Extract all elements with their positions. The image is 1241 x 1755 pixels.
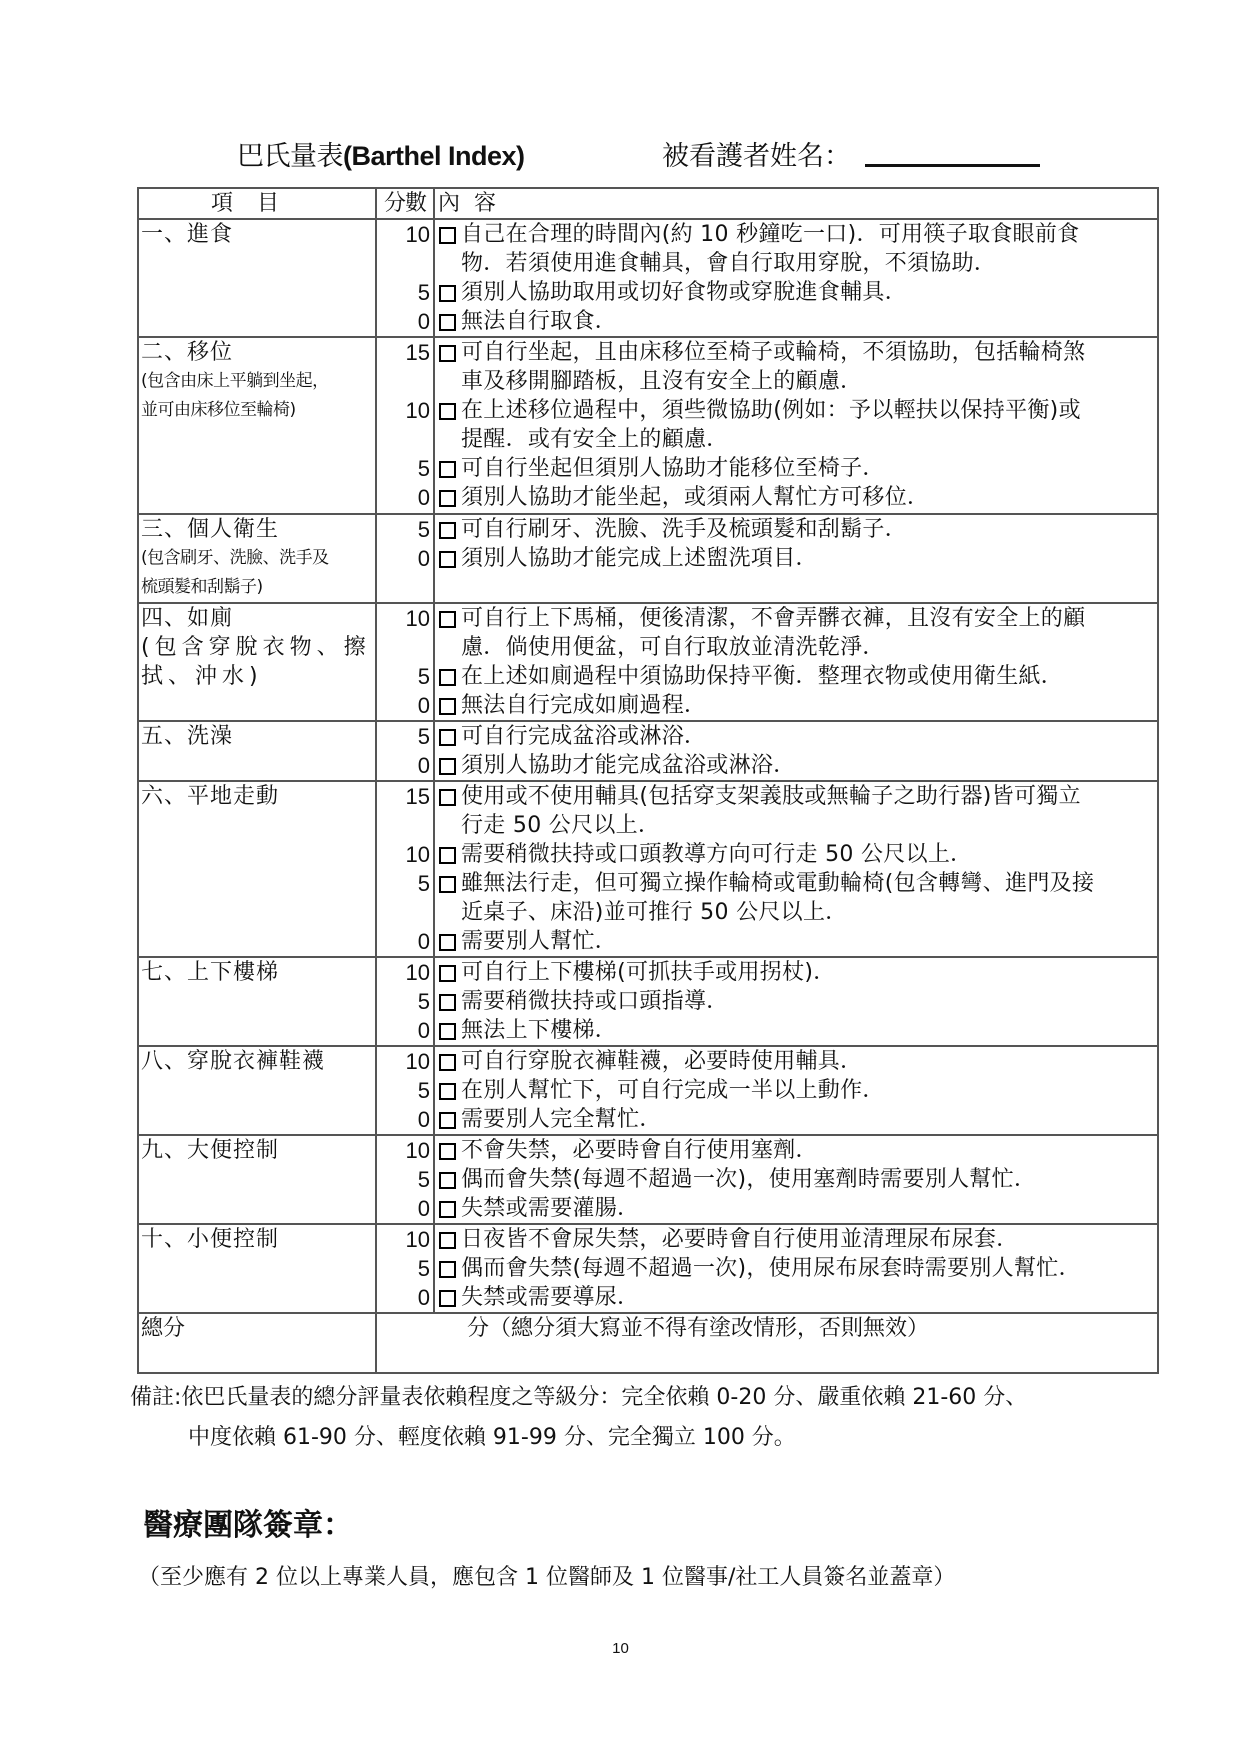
- item-note: (包含刷牙、洗臉、洗手及: [141, 544, 375, 573]
- option-text: 可自行上下馬桶，便後清潔，不會弄髒衣褲，且沒有安全上的顧慮．倘使用便盆，可自行取…: [461, 604, 1157, 662]
- content-cell: 自己在合理的時間內(約 10 秒鐘吃一口)．可用筷子取食眼前食物．若須使用進食輔…: [434, 219, 1158, 337]
- option-text: 失禁或需要灌腸．: [461, 1194, 1157, 1223]
- option-text-line: 物．若須使用進食輔具，會自行取用穿脫，不須協助．: [461, 249, 1155, 278]
- checkbox-icon[interactable]: [439, 1112, 456, 1129]
- score-value: 5: [377, 722, 433, 751]
- item-cell: 五、洗澡: [138, 721, 376, 781]
- item-title: 二、移位: [141, 338, 375, 367]
- option-text-line: 須別人協助才能完成上述盥洗項目．: [461, 544, 1155, 573]
- option-item: 不會失禁，必要時會自行使用塞劑．: [435, 1136, 1157, 1165]
- score-value: 5: [377, 1076, 433, 1105]
- option-item: 須別人協助才能完成盆浴或淋浴．: [435, 751, 1157, 780]
- checkbox-icon[interactable]: [439, 611, 456, 628]
- option-text: 偶而會失禁(每週不超過一次)，使用塞劑時需要別人幫忙．: [461, 1165, 1157, 1194]
- option-text-line: 須別人協助取用或切好食物或穿脫進食輔具．: [461, 278, 1155, 307]
- option-item: 可自行坐起但須別人協助才能移位至椅子．: [435, 454, 1157, 483]
- option-text: 可自行刷牙、洗臉、洗手及梳頭髮和刮鬍子．: [461, 515, 1157, 544]
- item-note: 拭、沖水): [141, 662, 375, 691]
- option-item: 須別人協助才能完成上述盥洗項目．: [435, 544, 1157, 573]
- checkbox-icon[interactable]: [439, 551, 456, 568]
- score-spacer: [377, 249, 433, 278]
- option-text-line: 日夜皆不會尿失禁，必要時會自行使用並清理尿布尿套．: [461, 1225, 1155, 1254]
- checkbox-icon[interactable]: [439, 490, 456, 507]
- item-cell: 七、上下樓梯: [138, 957, 376, 1046]
- score-value: 5: [377, 987, 433, 1016]
- option-text-line: 無法自行完成如廁過程．: [461, 691, 1155, 720]
- option-text-line: 行走 50 公尺以上．: [461, 811, 1155, 840]
- item-note: (包含由床上平躺到坐起，: [141, 367, 375, 396]
- score-value: 15: [377, 338, 433, 367]
- option-text-line: 可自行上下馬桶，便後清潔，不會弄髒衣褲，且沒有安全上的顧: [461, 604, 1155, 633]
- option-text: 須別人協助取用或切好食物或穿脫進食輔具．: [461, 278, 1157, 307]
- option-text-line: 慮．倘使用便盆，可自行取放並清洗乾淨．: [461, 633, 1155, 662]
- option-text-line: 需要稍微扶持或口頭教導方向可行走 50 公尺以上．: [461, 840, 1155, 869]
- option-item: 須別人協助才能坐起，或須兩人幫忙方可移位．: [435, 483, 1157, 512]
- score-cell: 10 50: [376, 603, 434, 721]
- checkbox-icon[interactable]: [439, 876, 456, 893]
- option-item: 可自行上下馬桶，便後清潔，不會弄髒衣褲，且沒有安全上的顧慮．倘使用便盆，可自行取…: [435, 604, 1157, 662]
- option-text-line: 車及移開腳踏板，且沒有安全上的顧慮．: [461, 367, 1155, 396]
- column-header-content: 內容: [434, 188, 1158, 219]
- table-row: 一、進食10 50自己在合理的時間內(約 10 秒鐘吃一口)．可用筷子取食眼前食…: [138, 219, 1158, 337]
- score-spacer: [377, 425, 433, 454]
- option-item: 可自行穿脫衣褲鞋襪，必要時使用輔具．: [435, 1047, 1157, 1076]
- score-cell: 50: [376, 514, 434, 603]
- item-note: (包含穿脫衣物、擦: [141, 633, 375, 662]
- option-text-line: 無法自行取食．: [461, 307, 1155, 336]
- option-text: 不會失禁，必要時會自行使用塞劑．: [461, 1136, 1157, 1165]
- signature-note: （至少應有 2 位以上專業人員，應包含 1 位醫師及 1 位醫事/社工人員簽名並…: [138, 1560, 955, 1591]
- option-text-line: 需要別人完全幫忙．: [461, 1105, 1155, 1134]
- item-title: 四、如廁: [141, 604, 375, 633]
- table-row: 十、小便控制1050日夜皆不會尿失禁，必要時會自行使用並清理尿布尿套．偶而會失禁…: [138, 1224, 1158, 1313]
- checkbox-icon[interactable]: [439, 1083, 456, 1100]
- score-value: 0: [377, 1016, 433, 1045]
- score-value: 5: [377, 278, 433, 307]
- score-value: 10: [377, 1047, 433, 1076]
- content-cell: 可自行刷牙、洗臉、洗手及梳頭髮和刮鬍子．須別人協助才能完成上述盥洗項目．: [434, 514, 1158, 603]
- checkbox-icon[interactable]: [439, 522, 456, 539]
- score-value: 10: [377, 604, 433, 633]
- option-item: 需要稍微扶持或口頭教導方向可行走 50 公尺以上．: [435, 840, 1157, 869]
- score-cell: 1050: [376, 957, 434, 1046]
- option-text-line: 在上述移位過程中，須些微協助(例如：予以輕扶以保持平衡)或: [461, 396, 1155, 425]
- total-row: 總分分（總分須大寫並不得有塗改情形，否則無效）: [138, 1313, 1158, 1373]
- item-note: 並可由床移位至輪椅): [141, 396, 375, 425]
- table-row: 五、洗澡50可自行完成盆浴或淋浴．須別人協助才能完成盆浴或淋浴．: [138, 721, 1158, 781]
- option-text: 需要別人幫忙．: [461, 927, 1157, 956]
- item-note: 梳頭髮和刮鬍子): [141, 573, 375, 602]
- score-spacer: [377, 367, 433, 396]
- checkbox-icon[interactable]: [439, 1023, 456, 1040]
- option-text: 須別人協助才能坐起，或須兩人幫忙方可移位．: [461, 483, 1157, 512]
- option-text: 可自行上下樓梯(可抓扶手或用拐杖)．: [461, 958, 1157, 987]
- table-row: 七、上下樓梯1050可自行上下樓梯(可抓扶手或用拐杖)．需要稍微扶持或口頭指導．…: [138, 957, 1158, 1046]
- item-cell: 六、平地走動: [138, 781, 376, 957]
- option-text: 可自行完成盆浴或淋浴．: [461, 722, 1157, 751]
- option-item: 在別人幫忙下，可自行完成一半以上動作．: [435, 1076, 1157, 1105]
- item-cell: 十、小便控制: [138, 1224, 376, 1313]
- option-item: 在上述移位過程中，須些微協助(例如：予以輕扶以保持平衡)或提醒．或有安全上的顧慮…: [435, 396, 1157, 454]
- checkbox-icon[interactable]: [439, 1290, 456, 1307]
- item-cell: 八、穿脫衣褲鞋襪: [138, 1046, 376, 1135]
- item-cell: 三、個人衛生(包含刷牙、洗臉、洗手及梳頭髮和刮鬍子): [138, 514, 376, 603]
- option-text-line: 近桌子、床沿)並可推行 50 公尺以上．: [461, 898, 1155, 927]
- checkbox-icon[interactable]: [439, 994, 456, 1011]
- score-value: 5: [377, 454, 433, 483]
- checkbox-icon[interactable]: [439, 1172, 456, 1189]
- option-text-line: 可自行坐起，且由床移位至椅子或輪椅，不須協助，包括輪椅煞: [461, 338, 1155, 367]
- option-text: 雖無法行走，但可獨立操作輪椅或電動輪椅(包含轉彎、進門及接近桌子、床沿)並可推行…: [461, 869, 1157, 927]
- table-row: 六、平地走動15 105 0使用或不使用輔具(包括穿支架義肢或無輪子之助行器)皆…: [138, 781, 1158, 957]
- option-text-line: 可自行上下樓梯(可抓扶手或用拐杖)．: [461, 958, 1155, 987]
- option-text: 需要稍微扶持或口頭教導方向可行走 50 公尺以上．: [461, 840, 1157, 869]
- item-title: 五、洗澡: [141, 722, 375, 751]
- barthel-index-table: 項目 分數 內容 一、進食10 50自己在合理的時間內(約 10 秒鐘吃一口)．…: [137, 187, 1159, 1374]
- option-item: 偶而會失禁(每週不超過一次)，使用尿布尿套時需要別人幫忙．: [435, 1254, 1157, 1283]
- option-text-line: 失禁或需要導尿．: [461, 1283, 1155, 1312]
- item-cell: 一、進食: [138, 219, 376, 337]
- score-cell: 15 10 50: [376, 337, 434, 514]
- table-row: 二、移位(包含由床上平躺到坐起，並可由床移位至輪椅)15 10 50可自行坐起，…: [138, 337, 1158, 514]
- option-text: 在上述如廁過程中須協助保持平衡．整理衣物或使用衛生紙．: [461, 662, 1157, 691]
- checkbox-icon[interactable]: [439, 461, 456, 478]
- form-title: 巴氏量表(Barthel Index): [237, 134, 525, 173]
- option-text-line: 須別人協助才能坐起，或須兩人幫忙方可移位．: [461, 483, 1155, 512]
- patient-name-label: 被看護者姓名：: [662, 134, 851, 173]
- checkbox-icon[interactable]: [439, 847, 456, 864]
- score-value: 0: [377, 307, 433, 336]
- option-item: 可自行坐起，且由床移位至椅子或輪椅，不須協助，包括輪椅煞車及移開腳踏板，且沒有安…: [435, 338, 1157, 396]
- option-text: 日夜皆不會尿失禁，必要時會自行使用並清理尿布尿套．: [461, 1225, 1157, 1254]
- table-row: 三、個人衛生(包含刷牙、洗臉、洗手及梳頭髮和刮鬍子)50可自行刷牙、洗臉、洗手及…: [138, 514, 1158, 603]
- option-text-line: 在別人幫忙下，可自行完成一半以上動作．: [461, 1076, 1155, 1105]
- score-value: 15: [377, 782, 433, 811]
- option-item: 可自行完成盆浴或淋浴．: [435, 722, 1157, 751]
- item-title: 一、進食: [141, 220, 375, 249]
- option-item: 日夜皆不會尿失禁，必要時會自行使用並清理尿布尿套．: [435, 1225, 1157, 1254]
- score-value: 0: [377, 691, 433, 720]
- checkbox-icon[interactable]: [439, 789, 456, 806]
- item-cell: 九、大便控制: [138, 1135, 376, 1224]
- checkbox-icon[interactable]: [439, 345, 456, 362]
- checkbox-icon[interactable]: [439, 1143, 456, 1160]
- score-value: 5: [377, 662, 433, 691]
- option-text-line: 無法上下樓梯．: [461, 1016, 1155, 1045]
- option-text: 可自行穿脫衣褲鞋襪，必要時使用輔具．: [461, 1047, 1157, 1076]
- option-text-line: 可自行穿脫衣褲鞋襪，必要時使用輔具．: [461, 1047, 1155, 1076]
- option-text: 需要稍微扶持或口頭指導．: [461, 987, 1157, 1016]
- score-value: 5: [377, 515, 433, 544]
- checkbox-icon[interactable]: [439, 314, 456, 331]
- score-cell: 10 50: [376, 219, 434, 337]
- option-item: 需要別人幫忙．: [435, 927, 1157, 956]
- content-cell: 使用或不使用輔具(包括穿支架義肢或無輪子之助行器)皆可獨立行走 50 公尺以上．…: [434, 781, 1158, 957]
- score-value: 0: [377, 1194, 433, 1223]
- content-cell: 可自行上下樓梯(可抓扶手或用拐杖)．需要稍微扶持或口頭指導．無法上下樓梯．: [434, 957, 1158, 1046]
- option-text: 可自行坐起，且由床移位至椅子或輪椅，不須協助，包括輪椅煞車及移開腳踏板，且沒有安…: [461, 338, 1157, 396]
- item-title: 七、上下樓梯: [141, 958, 375, 987]
- score-spacer: [377, 811, 433, 840]
- content-cell: 不會失禁，必要時會自行使用塞劑．偶而會失禁(每週不超過一次)，使用塞劑時需要別人…: [434, 1135, 1158, 1224]
- option-text: 偶而會失禁(每週不超過一次)，使用尿布尿套時需要別人幫忙．: [461, 1254, 1157, 1283]
- option-text-line: 提醒．或有安全上的顧慮．: [461, 425, 1155, 454]
- score-value: 0: [377, 751, 433, 780]
- option-item: 可自行上下樓梯(可抓扶手或用拐杖)．: [435, 958, 1157, 987]
- option-text: 無法自行完成如廁過程．: [461, 691, 1157, 720]
- signature-title: 醫療團隊簽章：: [143, 1500, 353, 1544]
- option-text-line: 偶而會失禁(每週不超過一次)，使用塞劑時需要別人幫忙．: [461, 1165, 1155, 1194]
- option-text-line: 失禁或需要灌腸．: [461, 1194, 1155, 1223]
- option-text-line: 在上述如廁過程中須協助保持平衡．整理衣物或使用衛生紙．: [461, 662, 1155, 691]
- checkbox-icon[interactable]: [439, 1201, 456, 1218]
- content-cell: 可自行穿脫衣褲鞋襪，必要時使用輔具．在別人幫忙下，可自行完成一半以上動作．需要別…: [434, 1046, 1158, 1135]
- item-title: 十、小便控制: [141, 1225, 375, 1254]
- score-cell: 15 105 0: [376, 781, 434, 957]
- score-value: 10: [377, 840, 433, 869]
- option-item: 需要稍微扶持或口頭指導．: [435, 987, 1157, 1016]
- option-item: 失禁或需要導尿．: [435, 1283, 1157, 1312]
- total-score-field[interactable]: 分（總分須大寫並不得有塗改情形，否則無效）: [376, 1313, 1158, 1373]
- option-text: 失禁或需要導尿．: [461, 1283, 1157, 1312]
- option-text: 無法上下樓梯．: [461, 1016, 1157, 1045]
- content-cell: 日夜皆不會尿失禁，必要時會自行使用並清理尿布尿套．偶而會失禁(每週不超過一次)，…: [434, 1224, 1158, 1313]
- option-item: 無法上下樓梯．: [435, 1016, 1157, 1045]
- option-item: 可自行刷牙、洗臉、洗手及梳頭髮和刮鬍子．: [435, 515, 1157, 544]
- item-title: 三、個人衛生: [141, 515, 375, 544]
- option-text-line: 可自行刷牙、洗臉、洗手及梳頭髮和刮鬍子．: [461, 515, 1155, 544]
- option-item: 無法自行完成如廁過程．: [435, 691, 1157, 720]
- checkbox-icon[interactable]: [439, 227, 456, 244]
- table-row: 八、穿脫衣褲鞋襪1050可自行穿脫衣褲鞋襪，必要時使用輔具．在別人幫忙下，可自行…: [138, 1046, 1158, 1135]
- option-text-line: 需要別人幫忙．: [461, 927, 1155, 956]
- score-spacer: [377, 633, 433, 662]
- option-text: 自己在合理的時間內(約 10 秒鐘吃一口)．可用筷子取食眼前食物．若須使用進食輔…: [461, 220, 1157, 278]
- score-value: 0: [377, 1283, 433, 1312]
- score-value: 10: [377, 958, 433, 987]
- option-text-line: 不會失禁，必要時會自行使用塞劑．: [461, 1136, 1155, 1165]
- patient-name-field[interactable]: [865, 164, 1040, 167]
- remarks-line-1: 備註:依巴氏量表的總分評量表依賴程度之等級分：完全依賴 0-20 分、嚴重依賴 …: [130, 1380, 1027, 1411]
- column-header-score: 分數: [376, 188, 434, 219]
- option-item: 需要別人完全幫忙．: [435, 1105, 1157, 1134]
- option-item: 偶而會失禁(每週不超過一次)，使用塞劑時需要別人幫忙．: [435, 1165, 1157, 1194]
- option-text: 可自行坐起但須別人協助才能移位至椅子．: [461, 454, 1157, 483]
- table-row: 九、大便控制1050不會失禁，必要時會自行使用塞劑．偶而會失禁(每週不超過一次)…: [138, 1135, 1158, 1224]
- checkbox-icon[interactable]: [439, 669, 456, 686]
- table-header: 項目 分數 內容: [138, 188, 1158, 219]
- score-cell: 1050: [376, 1046, 434, 1135]
- option-item: 自己在合理的時間內(約 10 秒鐘吃一口)．可用筷子取食眼前食物．若須使用進食輔…: [435, 220, 1157, 278]
- checkbox-icon[interactable]: [439, 698, 456, 715]
- item-title: 八、穿脫衣褲鞋襪: [141, 1047, 375, 1076]
- option-text: 使用或不使用輔具(包括穿支架義肢或無輪子之助行器)皆可獨立行走 50 公尺以上．: [461, 782, 1157, 840]
- item-cell: 二、移位(包含由床上平躺到坐起，並可由床移位至輪椅): [138, 337, 376, 514]
- item-title: 九、大便控制: [141, 1136, 375, 1165]
- option-text: 無法自行取食．: [461, 307, 1157, 336]
- title-zh: 巴氏量表: [237, 141, 343, 172]
- score-value: 5: [377, 869, 433, 898]
- score-value: 10: [377, 220, 433, 249]
- table-row: 四、如廁(包含穿脫衣物、擦拭、沖水)10 50可自行上下馬桶，便後清潔，不會弄髒…: [138, 603, 1158, 721]
- checkbox-icon[interactable]: [439, 1054, 456, 1071]
- content-cell: 可自行完成盆浴或淋浴．須別人協助才能完成盆浴或淋浴．: [434, 721, 1158, 781]
- option-text-line: 使用或不使用輔具(包括穿支架義肢或無輪子之助行器)皆可獨立: [461, 782, 1155, 811]
- option-text: 需要別人完全幫忙．: [461, 1105, 1157, 1134]
- option-text-line: 需要稍微扶持或口頭指導．: [461, 987, 1155, 1016]
- checkbox-icon[interactable]: [439, 1232, 456, 1249]
- checkbox-icon[interactable]: [439, 965, 456, 982]
- score-cell: 50: [376, 721, 434, 781]
- column-header-item: 項目: [138, 188, 376, 219]
- option-item: 雖無法行走，但可獨立操作輪椅或電動輪椅(包含轉彎、進門及接近桌子、床沿)並可推行…: [435, 869, 1157, 927]
- option-text-line: 可自行坐起但須別人協助才能移位至椅子．: [461, 454, 1155, 483]
- remarks-line-2: 中度依賴 61-90 分、輕度依賴 91-99 分、完全獨立 100 分。: [188, 1420, 796, 1451]
- option-text-line: 須別人協助才能完成盆浴或淋浴．: [461, 751, 1155, 780]
- option-text-line: 可自行完成盆浴或淋浴．: [461, 722, 1155, 751]
- option-text-line: 偶而會失禁(每週不超過一次)，使用尿布尿套時需要別人幫忙．: [461, 1254, 1155, 1283]
- option-item: 無法自行取食．: [435, 307, 1157, 336]
- checkbox-icon[interactable]: [439, 403, 456, 420]
- score-cell: 1050: [376, 1224, 434, 1313]
- checkbox-icon[interactable]: [439, 934, 456, 951]
- score-value: 0: [377, 483, 433, 512]
- option-item: 失禁或需要灌腸．: [435, 1194, 1157, 1223]
- content-cell: 可自行上下馬桶，便後清潔，不會弄髒衣褲，且沒有安全上的顧慮．倘使用便盆，可自行取…: [434, 603, 1158, 721]
- checkbox-icon[interactable]: [439, 729, 456, 746]
- option-text: 在別人幫忙下，可自行完成一半以上動作．: [461, 1076, 1157, 1105]
- checkbox-icon[interactable]: [439, 1261, 456, 1278]
- score-value: 0: [377, 927, 433, 956]
- score-value: 5: [377, 1165, 433, 1194]
- total-label: 總分: [138, 1313, 376, 1373]
- option-text-line: 自己在合理的時間內(約 10 秒鐘吃一口)．可用筷子取食眼前食: [461, 220, 1155, 249]
- title-en: (Barthel Index): [343, 141, 525, 171]
- score-value: 0: [377, 1105, 433, 1134]
- score-value: 5: [377, 1254, 433, 1283]
- page-number: 10: [0, 1640, 1241, 1657]
- score-cell: 1050: [376, 1135, 434, 1224]
- score-value: 10: [377, 396, 433, 425]
- option-item: 在上述如廁過程中須協助保持平衡．整理衣物或使用衛生紙．: [435, 662, 1157, 691]
- option-text: 須別人協助才能完成盆浴或淋浴．: [461, 751, 1157, 780]
- score-spacer: [377, 898, 433, 927]
- option-text: 須別人協助才能完成上述盥洗項目．: [461, 544, 1157, 573]
- option-item: 須別人協助取用或切好食物或穿脫進食輔具．: [435, 278, 1157, 307]
- option-text: 在上述移位過程中，須些微協助(例如：予以輕扶以保持平衡)或提醒．或有安全上的顧慮…: [461, 396, 1157, 454]
- checkbox-icon[interactable]: [439, 758, 456, 775]
- checkbox-icon[interactable]: [439, 285, 456, 302]
- score-value: 0: [377, 544, 433, 573]
- score-value: 10: [377, 1225, 433, 1254]
- item-cell: 四、如廁(包含穿脫衣物、擦拭、沖水): [138, 603, 376, 721]
- item-title: 六、平地走動: [141, 782, 375, 811]
- content-cell: 可自行坐起，且由床移位至椅子或輪椅，不須協助，包括輪椅煞車及移開腳踏板，且沒有安…: [434, 337, 1158, 514]
- option-item: 使用或不使用輔具(包括穿支架義肢或無輪子之助行器)皆可獨立行走 50 公尺以上．: [435, 782, 1157, 840]
- option-text-line: 雖無法行走，但可獨立操作輪椅或電動輪椅(包含轉彎、進門及接: [461, 869, 1155, 898]
- score-value: 10: [377, 1136, 433, 1165]
